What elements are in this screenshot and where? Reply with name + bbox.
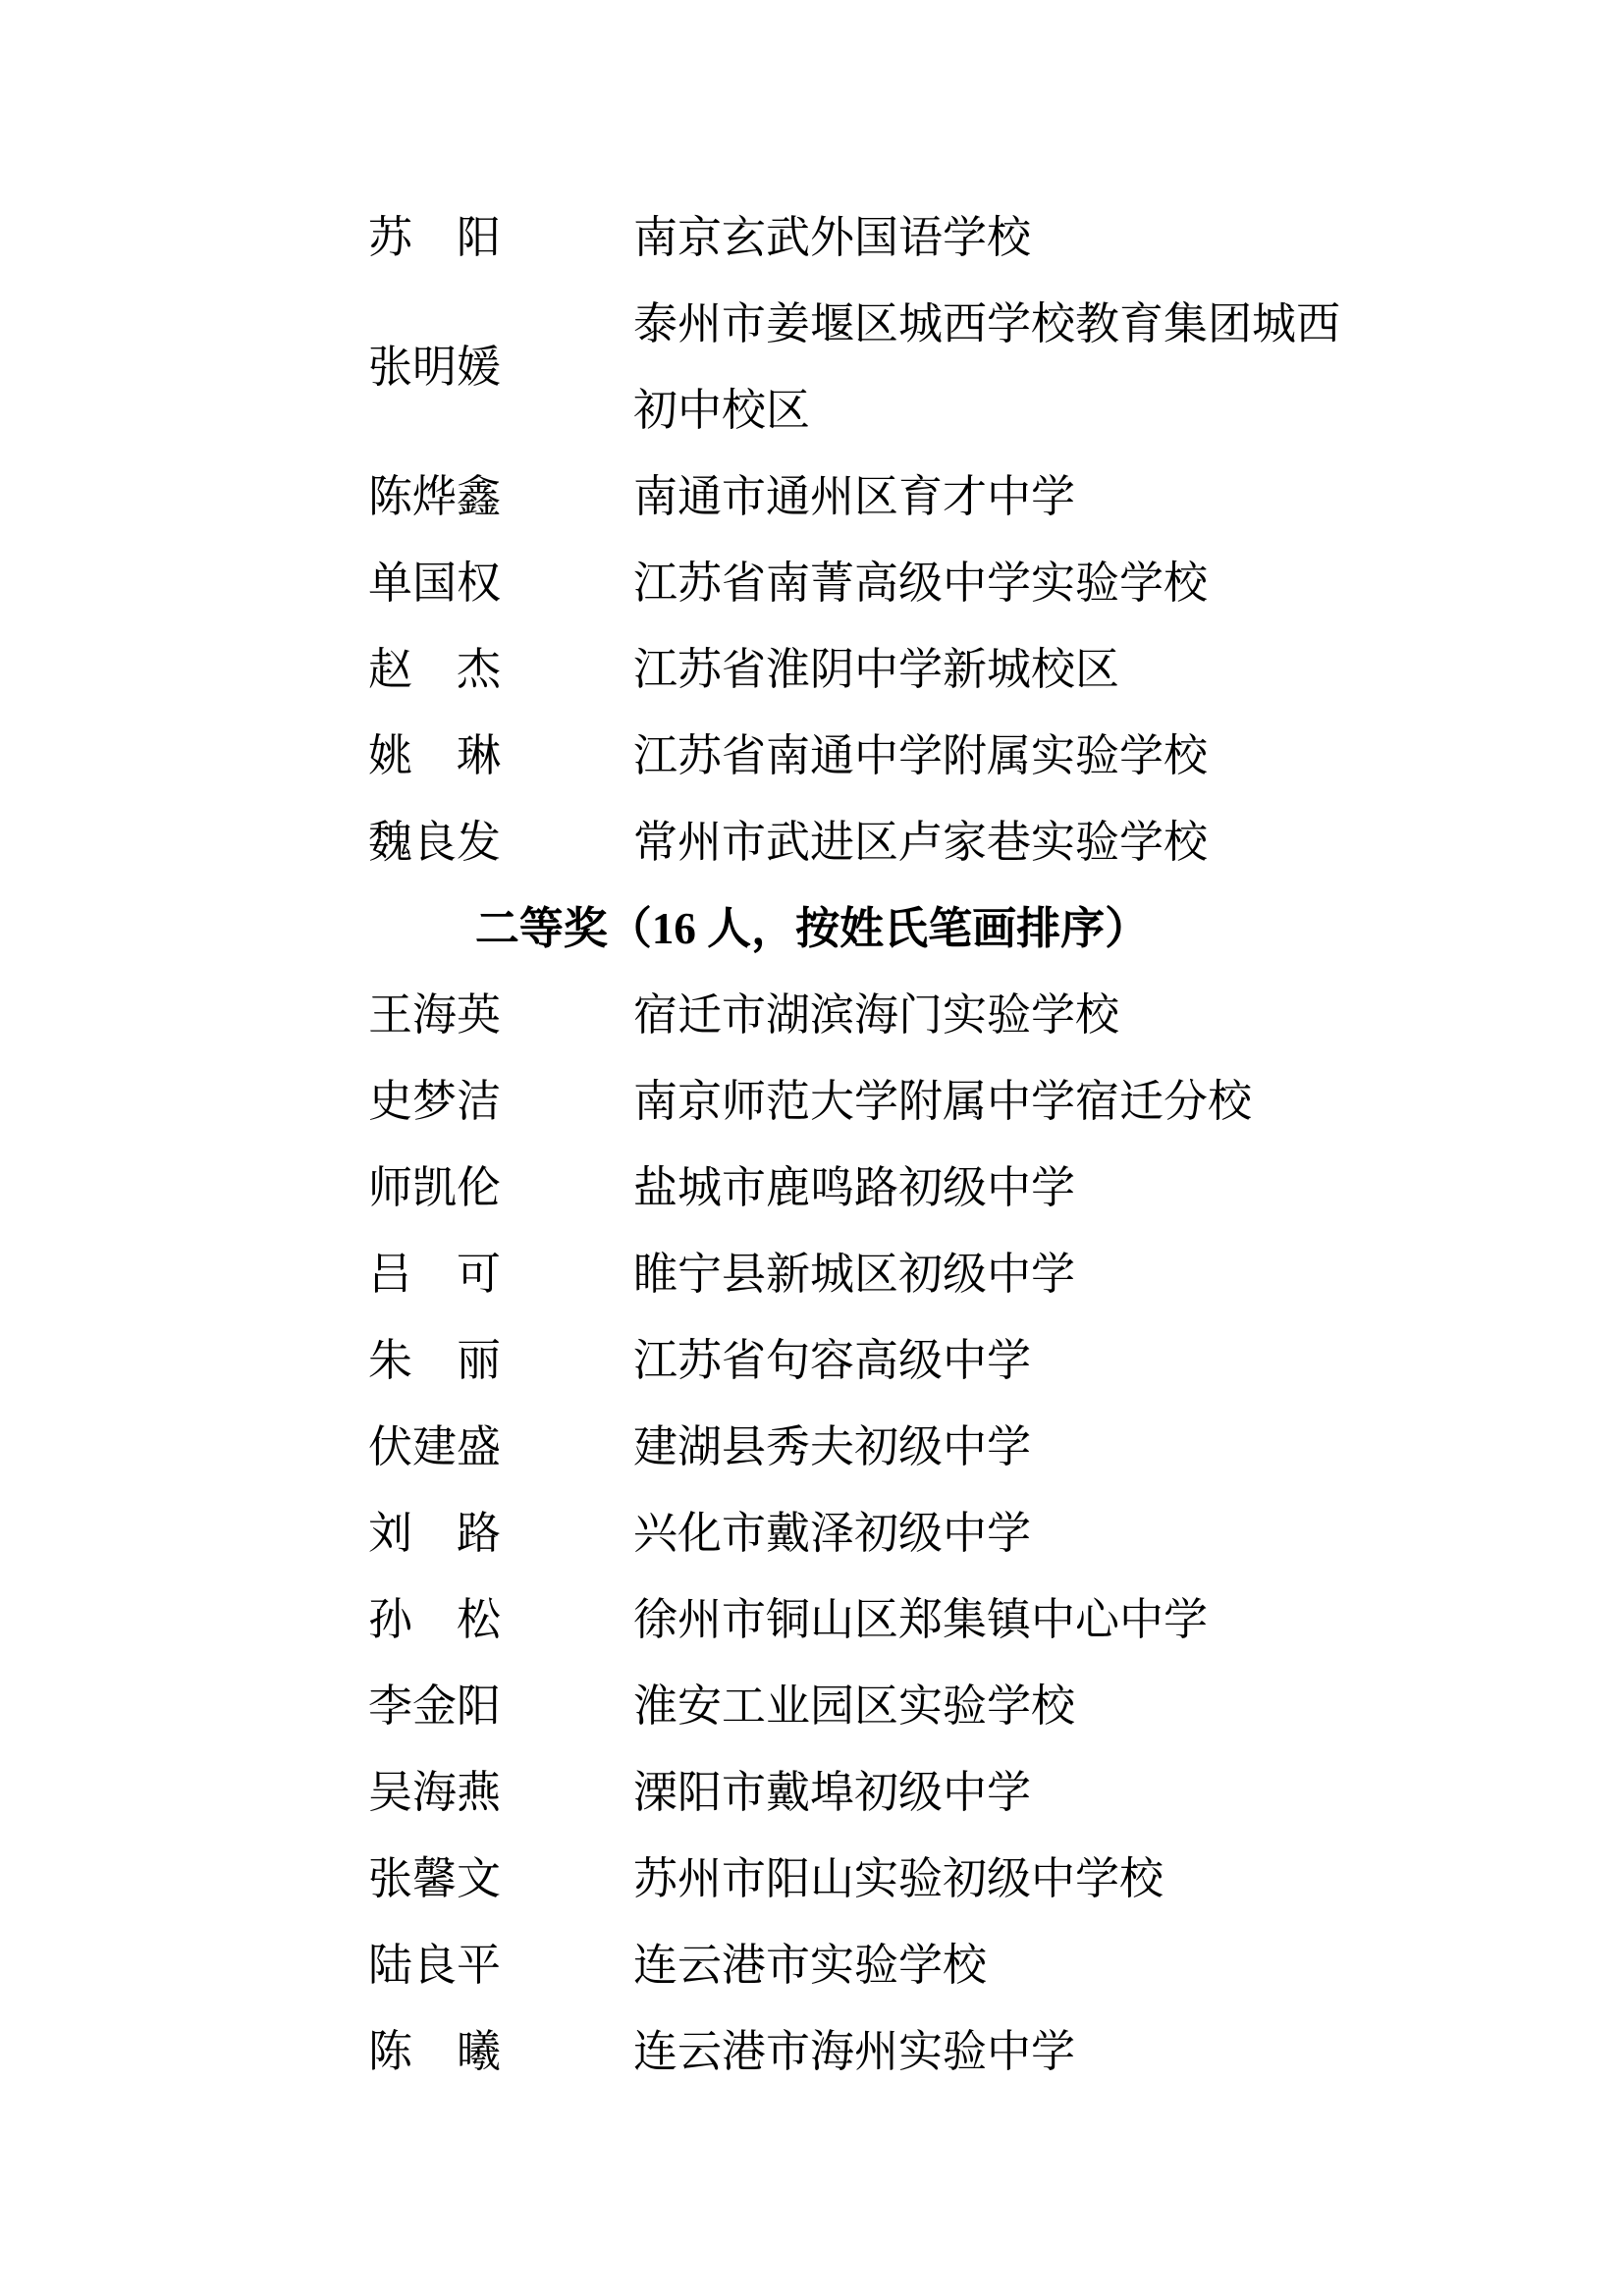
award-row: 陈烨鑫 南通市通州区育才中学 (0, 454, 1624, 540)
awardee-name: 姚 琳 (368, 713, 633, 799)
awardee-name: 吴海燕 (368, 1749, 633, 1836)
award-row: 张明媛 泰州市姜堰区城西学校教育集团城西初中校区 (0, 281, 1624, 454)
school-name: 睢宁县新城区初级中学 (633, 1231, 1075, 1317)
awardee-name: 陆良平 (368, 1922, 633, 2008)
awardee-name: 陈烨鑫 (368, 454, 633, 540)
awardee-name: 张明媛 (368, 324, 633, 410)
school-name: 江苏省南菁高级中学实验学校 (633, 540, 1208, 626)
award-list: 苏 阳 南京玄武外国语学校 张明媛 泰州市姜堰区城西学校教育集团城西初中校区 陈… (0, 0, 1624, 2095)
awardee-name: 单国权 (368, 540, 633, 626)
school-name: 泰州市姜堰区城西学校教育集团城西初中校区 (633, 281, 1370, 454)
awardee-name: 刘 路 (368, 1490, 633, 1576)
awardee-name: 陈 曦 (368, 2008, 633, 2095)
award-row: 李金阳 淮安工业园区实验学校 (0, 1663, 1624, 1749)
awardee-name: 史梦洁 (368, 1058, 633, 1145)
award-row: 单国权 江苏省南菁高级中学实验学校 (0, 540, 1624, 626)
school-name: 江苏省句容高级中学 (633, 1317, 1031, 1404)
award-row: 赵 杰 江苏省淮阴中学新城校区 (0, 626, 1624, 713)
award-row: 师凯伦 盐城市鹿鸣路初级中学 (0, 1145, 1624, 1231)
award-row: 史梦洁 南京师范大学附属中学宿迁分校 (0, 1058, 1624, 1145)
school-name: 宿迁市湖滨海门实验学校 (633, 972, 1119, 1058)
award-row: 孙 松 徐州市铜山区郑集镇中心中学 (0, 1576, 1624, 1663)
award-row: 陆良平 连云港市实验学校 (0, 1922, 1624, 2008)
awardee-name: 吕 可 (368, 1231, 633, 1317)
award-section: 苏 阳 南京玄武外国语学校 张明媛 泰州市姜堰区城西学校教育集团城西初中校区 陈… (0, 194, 1624, 885)
awardee-name: 李金阳 (368, 1663, 633, 1749)
award-section: 二等奖（16 人，按姓氏笔画排序） 王海英 宿迁市湖滨海门实验学校 史梦洁 南京… (0, 885, 1624, 2095)
award-row: 姚 琳 江苏省南通中学附属实验学校 (0, 713, 1624, 799)
school-name: 常州市武进区卢家巷实验学校 (633, 799, 1208, 885)
award-row: 王海英 宿迁市湖滨海门实验学校 (0, 972, 1624, 1058)
section-rows: 苏 阳 南京玄武外国语学校 张明媛 泰州市姜堰区城西学校教育集团城西初中校区 陈… (0, 194, 1624, 885)
school-name: 建湖县秀夫初级中学 (633, 1404, 1031, 1490)
school-name: 溧阳市戴埠初级中学 (633, 1749, 1031, 1836)
awardee-name: 孙 松 (368, 1576, 633, 1663)
award-row: 伏建盛 建湖县秀夫初级中学 (0, 1404, 1624, 1490)
awardee-name: 朱 丽 (368, 1317, 633, 1404)
awardee-name: 张馨文 (368, 1836, 633, 1922)
award-row: 刘 路 兴化市戴泽初级中学 (0, 1490, 1624, 1576)
school-name: 南京师范大学附属中学宿迁分校 (633, 1058, 1252, 1145)
school-name: 盐城市鹿鸣路初级中学 (633, 1145, 1075, 1231)
document-page: 苏 阳 南京玄武外国语学校 张明媛 泰州市姜堰区城西学校教育集团城西初中校区 陈… (0, 0, 1624, 2296)
award-row: 吕 可 睢宁县新城区初级中学 (0, 1231, 1624, 1317)
school-name: 苏州市阳山实验初级中学校 (633, 1836, 1164, 1922)
awardee-name: 赵 杰 (368, 626, 633, 713)
school-name: 淮安工业园区实验学校 (633, 1663, 1075, 1749)
award-row: 陈 曦 连云港市海州实验中学 (0, 2008, 1624, 2095)
school-name: 连云港市实验学校 (633, 1922, 987, 2008)
awardee-name: 师凯伦 (368, 1145, 633, 1231)
awardee-name: 伏建盛 (368, 1404, 633, 1490)
award-row: 吴海燕 溧阳市戴埠初级中学 (0, 1749, 1624, 1836)
school-name: 江苏省淮阴中学新城校区 (633, 626, 1119, 713)
school-name: 南通市通州区育才中学 (633, 454, 1075, 540)
awardee-name: 王海英 (368, 972, 633, 1058)
school-name: 兴化市戴泽初级中学 (633, 1490, 1031, 1576)
awardee-name: 魏良发 (368, 799, 633, 885)
school-name: 南京玄武外国语学校 (633, 194, 1031, 281)
school-name: 江苏省南通中学附属实验学校 (633, 713, 1208, 799)
award-row: 朱 丽 江苏省句容高级中学 (0, 1317, 1624, 1404)
award-row: 张馨文 苏州市阳山实验初级中学校 (0, 1836, 1624, 1922)
awardee-name: 苏 阳 (368, 194, 633, 281)
award-row: 苏 阳 南京玄武外国语学校 (0, 194, 1624, 281)
section-rows: 王海英 宿迁市湖滨海门实验学校 史梦洁 南京师范大学附属中学宿迁分校 师凯伦 盐… (0, 972, 1624, 2095)
section-heading: 二等奖（16 人，按姓氏笔画排序） (0, 885, 1624, 972)
school-name: 徐州市铜山区郑集镇中心中学 (633, 1576, 1208, 1663)
award-row: 魏良发 常州市武进区卢家巷实验学校 (0, 799, 1624, 885)
school-name: 连云港市海州实验中学 (633, 2008, 1075, 2095)
